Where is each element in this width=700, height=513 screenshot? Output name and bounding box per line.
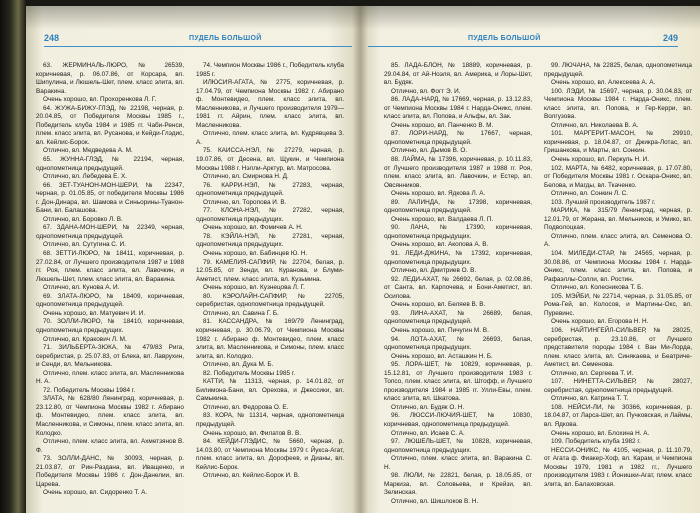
entry-paragraph: Очень хорошо, вл. Егорова Н. Н. xyxy=(544,318,692,327)
entry-paragraph: Отлично, вл. Исаев С. А. xyxy=(384,430,532,439)
entry-paragraph: Отлично, плем. класс элита, вл. Ахметзян… xyxy=(36,438,184,455)
running-head-right: ПУДЕЛЬ БОЛЬШОЙ 249 xyxy=(368,32,678,47)
entry-paragraph: 67. ЗДАНА-МОН-ШЕРИ, № 22349, черная, одн… xyxy=(36,224,184,241)
column-1: 85. ЛАДА-БЛОН, № 18889, коричневая, р. 2… xyxy=(384,62,532,506)
entry-paragraph: Отлично, плем. класс элита, вл. Семенова… xyxy=(544,233,692,250)
entry-paragraph: Отлично, вл. Сергеева Т. И. xyxy=(544,370,692,379)
entry-paragraph: Очень хорошо, вл. Бабинцев Ю. Н. xyxy=(196,250,344,259)
entry-paragraph: 87. ЛОРИ-НАРД, № 17667, черная, однопоме… xyxy=(384,130,532,147)
entry-paragraph: Отлично, плем. класс элита, вл. Варакина… xyxy=(384,455,532,472)
entry-paragraph: Очень хорошо, вл. Алексеева А. А. xyxy=(544,79,692,88)
entry-paragraph: Очень хорошо, вл. Пичугин М. В. xyxy=(384,327,532,336)
entry-paragraph: Очень хорошо, вл. Кузнецова Л. Г. xyxy=(196,284,344,293)
entry-paragraph: Отлично, вл. Колесникова Т. Б. xyxy=(544,284,692,293)
entry-paragraph: Отлично, вл. Торопова И. В. xyxy=(196,199,344,208)
entry-paragraph: Отлично, вл. Кракович Л. М. xyxy=(36,336,184,345)
entry-paragraph: 108. НЕЙСИ-ЛИ, № 30366, коричневая, р. 1… xyxy=(544,404,692,430)
entry-paragraph: Очень хорошо, вл. Филатов В. В. xyxy=(196,430,344,439)
entry-paragraph: Очень хорошо, вл. Фомичев А. Н. xyxy=(196,224,344,233)
page-top-shadow xyxy=(26,6,360,30)
entry-paragraph: 90. ЛАНА, № 17390, коричневая, однопомет… xyxy=(384,224,532,241)
entry-paragraph: 64. ЖУЖА-БИЖУ-ГЛЭД, № 22198, черная, р. … xyxy=(36,105,184,148)
entry-paragraph: Отлично, вл. Медведева А. М. xyxy=(36,147,184,156)
entry-paragraph: 102. МАРТА, № 6482, коричневая, р. 17.07… xyxy=(544,165,692,191)
entry-paragraph: 103. Лучший производитель 1987 г. xyxy=(544,199,692,208)
entry-paragraph: 66. ЗЕТ-ТУАНОН-МОН-ШЕРИ, № 22347, черная… xyxy=(36,182,184,216)
entry-paragraph: 81. КАССАНДРА, № 169/79 Ленинград, корич… xyxy=(196,318,344,361)
entry-paragraph: Отлично, вл. Дука М. Б. xyxy=(196,361,344,370)
entry-paragraph: Отлично, вл. Лебедева Е. Х. xyxy=(36,173,184,182)
entry-paragraph: 97. ЛЮШЕЛЬ-ШЕТ, № 10828, коричневая, одн… xyxy=(384,438,532,455)
running-head-left: 248 ПУДЕЛЬ БОЛЬШОЙ xyxy=(44,32,352,47)
entry-paragraph: Отлично, плем. класс элита, вл. Масленни… xyxy=(36,370,184,387)
text-columns: 85. ЛАДА-БЛОН, № 18889, коричневая, р. 2… xyxy=(384,62,692,506)
entry-paragraph: 85. ЛАДА-БЛОН, № 18889, коричневая, р. 2… xyxy=(384,62,532,88)
entry-paragraph: Отлично, вл. Фогт Э. И. xyxy=(384,88,532,97)
entry-paragraph: Отлично, плем. класс элита, вл. Кудрявце… xyxy=(196,130,344,147)
entry-paragraph: 76. КАРРИ-НЭЛ, № 27283, черная, однопоме… xyxy=(196,182,344,199)
entry-paragraph: 71. ЗИЛЬБЕРТА-ЗЮКА, № 479/83 Рига, сереб… xyxy=(36,344,184,370)
entry-paragraph: 95. ЛОРА-ШЕТ, № 10829, коричневая, р. 15… xyxy=(384,361,532,404)
entry-paragraph: Отлично, вл. Савина Г. Б. xyxy=(196,310,344,319)
entry-paragraph: 100. ЛЭДИ, № 15697, черная, р. 30.04.83,… xyxy=(544,88,692,122)
entry-paragraph: Очень хорошо, вл. Сидоренко Т. А. xyxy=(36,489,184,498)
entry-paragraph: Отлично, вл. Боровко Л. В. xyxy=(36,216,184,225)
entry-paragraph: 94. ЛОТА-АХАТ, № 26693, белая, однопомет… xyxy=(384,336,532,353)
entry-paragraph: 65. ЖУННА-ГЛЭД, № 22194, черная, однопом… xyxy=(36,156,184,173)
entry-paragraph: 69. ЗЛАТА-ЛЮРО, № 18409, коричневая, одн… xyxy=(36,293,184,310)
entry-paragraph: 105. МЭЙБИ, № 22714, черная, р. 31.05.85… xyxy=(544,293,692,319)
entry-paragraph: Очень хорошо, вл. Асташкин Н. Б. xyxy=(384,353,532,362)
entry-paragraph: 75. КАИССА-НЭЛ, № 27279, черная, р. 19.0… xyxy=(196,147,344,173)
entry-paragraph: Отлично, вл. Шишлоков В. Н. xyxy=(384,498,532,507)
entry-paragraph: 86. ЛАДА-НАРД, № 17669, черная, р. 13.12… xyxy=(384,96,532,122)
page-number: 249 xyxy=(663,33,678,43)
entry-paragraph: Очень хорошо, вл. Панченко В. М. xyxy=(384,122,532,131)
entry-paragraph: 109. Победитель клуба 1982 г. xyxy=(544,438,692,447)
entry-paragraph: 88. ЛАЙМА, № 17396, коричневая, р. 10.11… xyxy=(384,156,532,190)
entry-paragraph: 93. ЛИНА-АХАТ, № 26689, белая, однопомет… xyxy=(384,310,532,327)
book-gutter-shadow xyxy=(352,6,368,513)
entry-paragraph: Очень хорошо, вл. Валдаева Л. П. xyxy=(384,216,532,225)
entry-paragraph: МАРИКА, № 315/79 Ленинград, черная, р. 1… xyxy=(544,207,692,233)
entry-paragraph: 89. ЛАЛИНДА, № 17398, коричневая, однопо… xyxy=(384,199,532,216)
entry-paragraph: Очень хорошо, вл. Акопова А. В. xyxy=(384,241,532,250)
entry-paragraph: Очень хорошо, вл. Беляев В. В. xyxy=(384,301,532,310)
entry-paragraph: 77. КЛОНА-НЭЛ, № 27282, черная, однопоме… xyxy=(196,207,344,224)
column-1: 63. ЖЕРМИНАЛЬ-ЛЮРО, № 26539, коричневая,… xyxy=(36,62,184,498)
entry-paragraph: Очень хорошо, вл. Прохоренкова Л. Г. xyxy=(36,96,184,105)
book-binding-left-edge xyxy=(0,0,26,513)
entry-paragraph: 70. ЗОЛЛИ-ЛЮРО, № 18410, коричневая, одн… xyxy=(36,318,184,335)
entry-paragraph: Отлично, вл. Кейлис-Борок И. В. xyxy=(196,472,344,481)
entry-paragraph: 68. ЗЕТТИ-ЛЮРО, № 18411, коричневая, р. … xyxy=(36,250,184,284)
section-title: ПУДЕЛЬ БОЛЬШОЙ xyxy=(468,35,541,42)
entry-paragraph: 99. ЛЮЧАНА, № 22825, белая, однопометниц… xyxy=(544,62,692,79)
entry-paragraph: 79. КАМЕЛИЯ-САПФИР, № 22704, белая, р. 1… xyxy=(196,259,344,285)
entry-paragraph: 72. Победитель Москвы 1984 г. xyxy=(36,387,184,396)
entry-paragraph: 91. ЛЕДИ-ДЖИНА, № 17392, коричневая, одн… xyxy=(384,250,532,267)
entry-paragraph: 74. Чемпион Москвы 1986 г., Победитель к… xyxy=(196,62,344,79)
entry-paragraph: 63. ЖЕРМИНАЛЬ-ЛЮРО, № 26539, коричневая,… xyxy=(36,62,184,96)
entry-paragraph: 98. ЛЮЛИ, № 22821, белая, р. 18.05.85, о… xyxy=(384,472,532,498)
entry-paragraph: НЕССИ-ОНИКС, № 4105, черная, р. 11.10.79… xyxy=(544,447,692,490)
left-page: 248 ПУДЕЛЬ БОЛЬШОЙ 63. ЖЕРМИНАЛЬ-ЛЮРО, №… xyxy=(26,6,360,513)
entry-paragraph: КАТТИ, № 11313, черная, р. 14.01.82, от … xyxy=(196,378,344,404)
entry-paragraph: 78. КЭЙЛА-НЭЛ, № 27281, черная, однопоме… xyxy=(196,233,344,250)
entry-paragraph: 104. МИЛЕДИ-СТАР, № 24565, черная, р. 30… xyxy=(544,250,692,284)
entry-paragraph: Отлично, вл. Смирнова Н. Д. xyxy=(196,173,344,182)
entry-paragraph: Очень хорошо, вл. Блохина Н. А. xyxy=(544,430,692,439)
entry-paragraph: Очень хорошо, вл. Матуевич И. И. xyxy=(36,310,184,319)
right-page: ПУДЕЛЬ БОЛЬШОЙ 249 85. ЛАДА-БЛОН, № 1888… xyxy=(360,6,700,513)
entry-paragraph: 73. ЗОЛЛИ-ДАНС, № 30093, черная, р. 21.0… xyxy=(36,455,184,489)
entry-paragraph: 80. КЭРОЛАЙН-САПФИР, № 22705, серебриста… xyxy=(196,293,344,310)
entry-paragraph: Отлично, вл. Кунова А. И. xyxy=(36,284,184,293)
entry-paragraph: ЗЛАТА, № 628/80 Ленинград, коричневая, р… xyxy=(36,395,184,438)
column-2: 99. ЛЮЧАНА, № 22825, белая, однопометниц… xyxy=(544,62,692,506)
entry-paragraph: Отлично, вл. Сонкин Л. С. xyxy=(544,190,692,199)
page-number: 248 xyxy=(44,33,59,43)
entry-paragraph: 92. ЛЕДИ-АХАТ, № 26692, белая, р. 02.08.… xyxy=(384,276,532,302)
entry-paragraph: ИЛЮСИЯ-АГАТА, № 2775, коричневая, р. 17.… xyxy=(196,79,344,130)
entry-paragraph: Отлично, вл. Дмитриев О. В. xyxy=(384,267,532,276)
entry-paragraph: 84. КЕЙДИ-ГЛЭДИС, № 5660, черная, р. 14.… xyxy=(196,438,344,472)
entry-paragraph: Отлично, вл. Сутугина С. И. xyxy=(36,241,184,250)
entry-paragraph: Очень хорошо, вл. Перкуль Н. И. xyxy=(544,156,692,165)
entry-paragraph: 107. НИНЕТТА-СИЛЬВЕР, № 28027, серебрист… xyxy=(544,378,692,395)
section-title: ПУДЕЛЬ БОЛЬШОЙ xyxy=(189,35,262,42)
entry-paragraph: Отлично, вл. Будяк О. Н. xyxy=(384,404,532,413)
column-2: 74. Чемпион Москвы 1986 г., Победитель к… xyxy=(196,62,344,498)
entry-paragraph: Отлично, вл. Катрина Т. Т. xyxy=(544,395,692,404)
text-columns: 63. ЖЕРМИНАЛЬ-ЛЮРО, № 26539, коричневая,… xyxy=(36,62,344,498)
entry-paragraph: 83. КОРА, № 11314, черная, однопометница… xyxy=(196,412,344,429)
entry-paragraph: 106. НАЙТИНГЕЙЛ-СИЛЬВЕР, № 28025, серебр… xyxy=(544,327,692,370)
entry-paragraph: Очень хорошо, вл. Ядкова Л. А. xyxy=(384,190,532,199)
entry-paragraph: Отлично, вл. Дымов В. О. xyxy=(384,147,532,156)
page-top-shadow xyxy=(360,6,700,30)
entry-paragraph: Отлично, вл. Федорова О. Е. xyxy=(196,404,344,413)
entry-paragraph: 101. МАРГЕРИТ-МАСОН, № 29910, коричневая… xyxy=(544,130,692,156)
entry-paragraph: 96. ЛЮССИ-ЛЮЧИЯ-ШЕТ, № 10830, коричневая… xyxy=(384,412,532,429)
entry-paragraph: 82. Победитель Москвы 1985 г. xyxy=(196,370,344,379)
entry-paragraph: Отлично, вл. Николаева В. А. xyxy=(544,122,692,131)
